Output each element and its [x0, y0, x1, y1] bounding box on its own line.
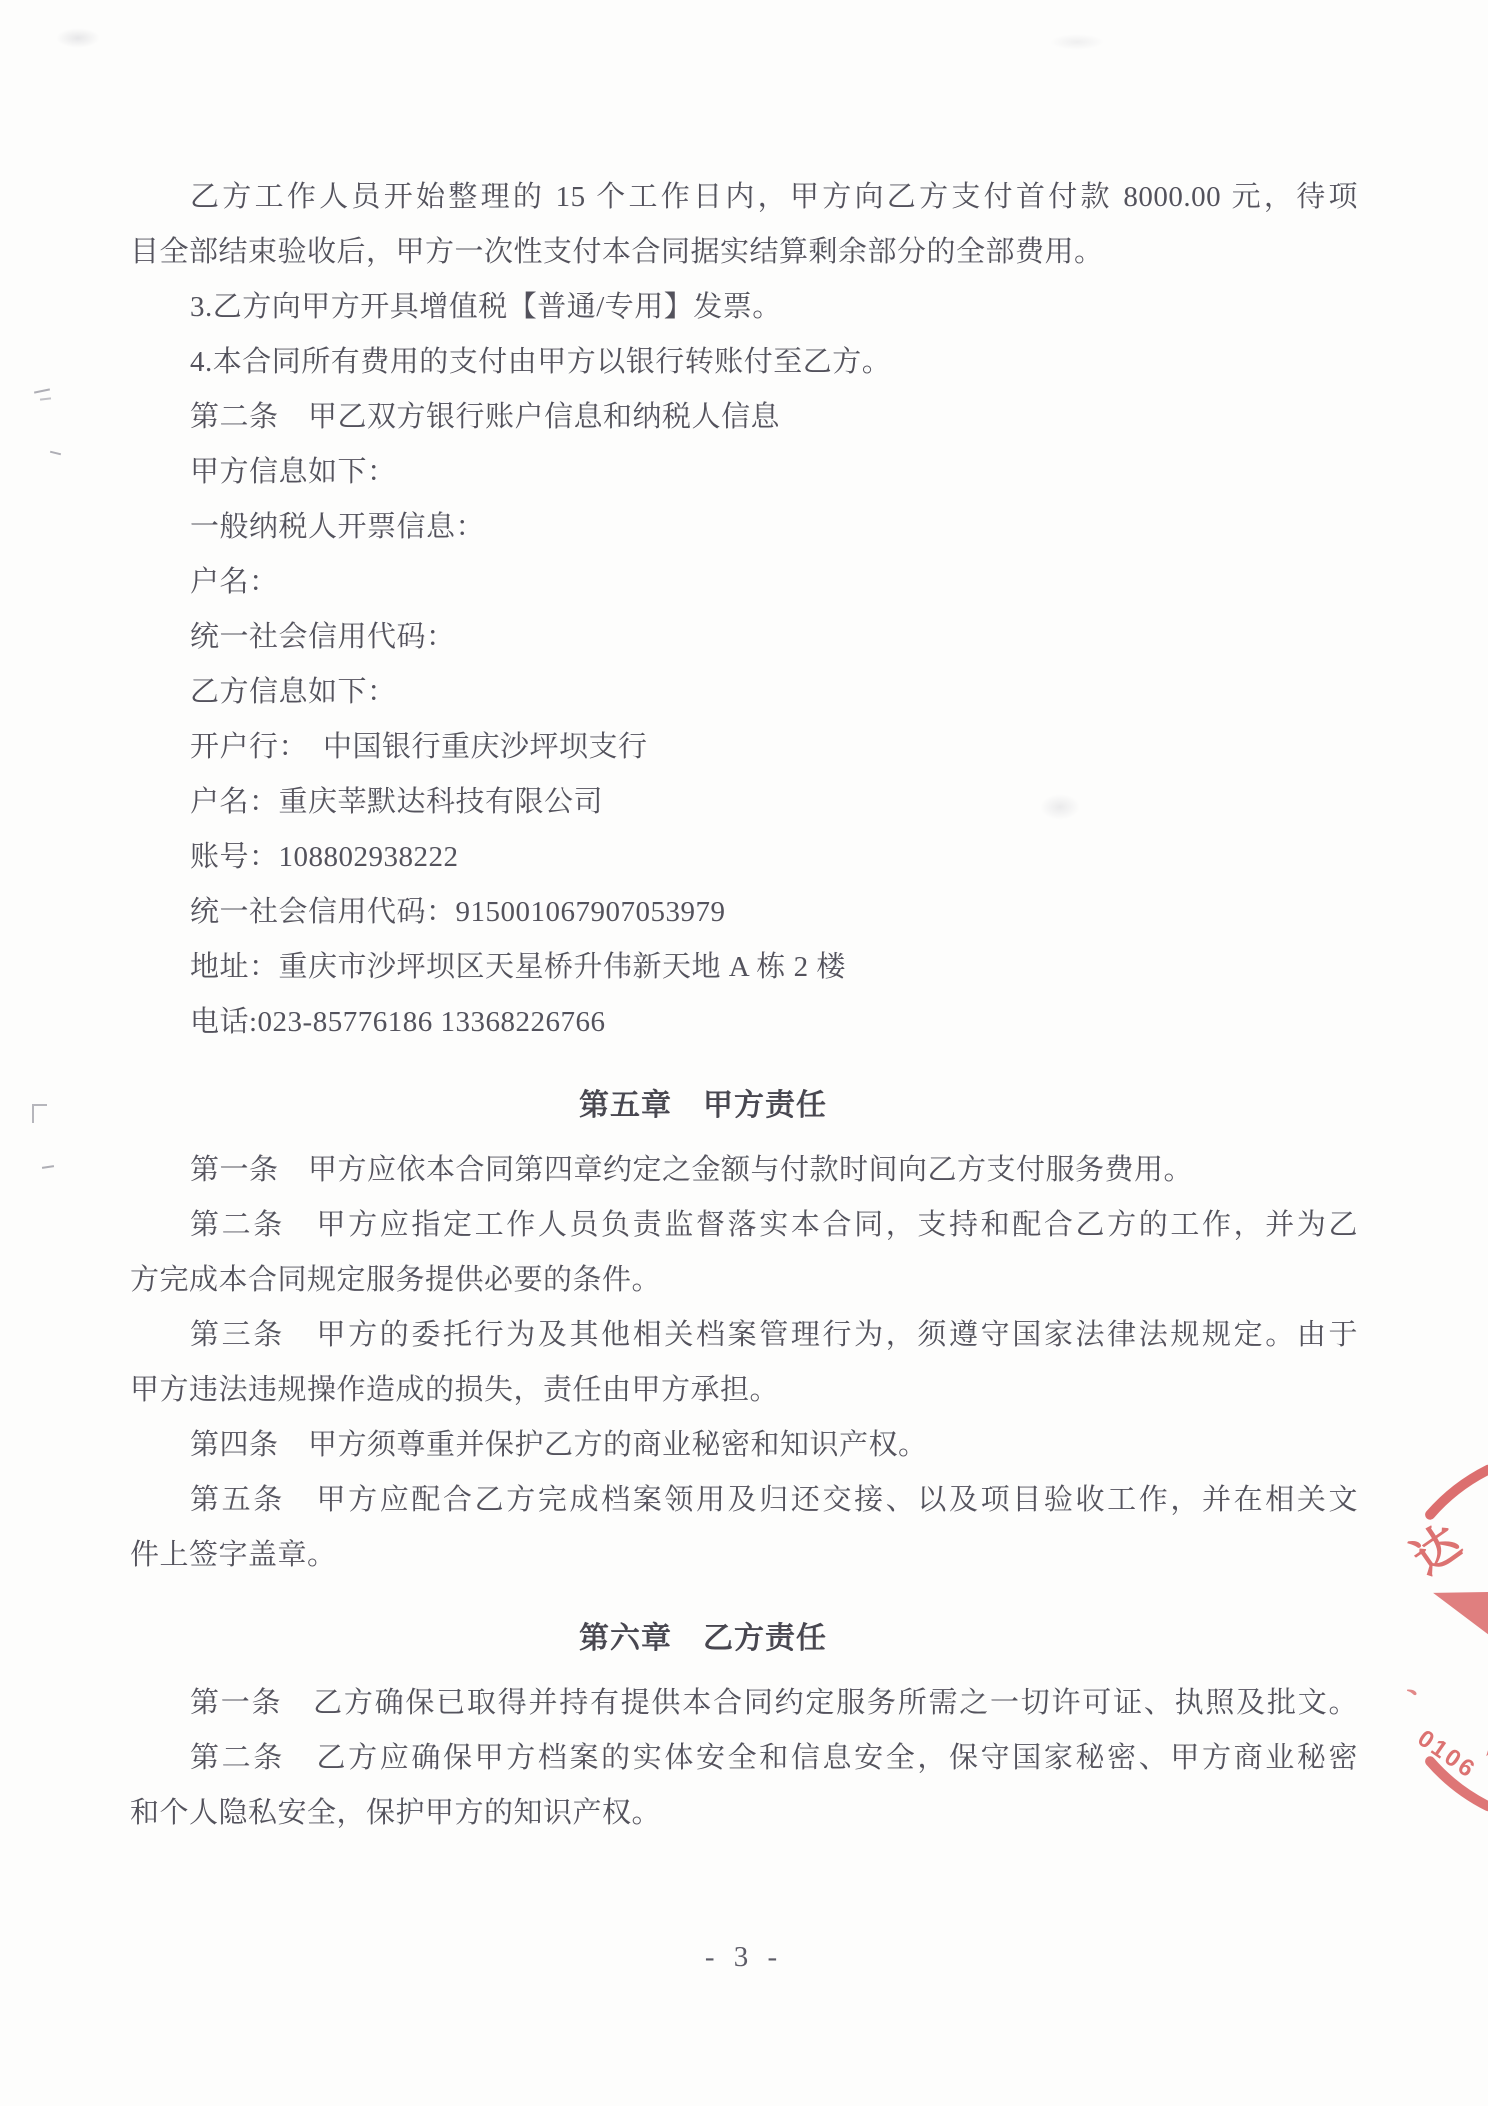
- section-heading: 第五章 甲方责任: [130, 1078, 1276, 1133]
- contract-line: 第四条 甲方须尊重并保护乙方的商业秘密和知识产权。: [130, 1418, 1358, 1473]
- scan-artifact: [32, 1104, 47, 1123]
- contract-line: 3.乙方向甲方开具增值税【普通/专用】发票。: [130, 280, 1358, 335]
- contract-line: 第一条 乙方确保已取得并持有提供本合同约定服务所需之一切许可证、执照及批文。: [130, 1676, 1358, 1731]
- contract-line: 账号：108802938222: [130, 830, 1358, 885]
- contract-line: 第二条 甲乙双方银行账户信息和纳税人信息: [130, 390, 1358, 445]
- seal-company-char: 达: [1402, 1515, 1470, 1584]
- contract-line: 乙方信息如下：: [130, 665, 1358, 720]
- seal-border-top-arc: [1430, 1470, 1488, 1515]
- scan-artifact: [56, 28, 100, 48]
- contract-line: 第二条 乙方应确保甲方档案的实体安全和信息安全，保守国家秘密、甲方商业秘密: [130, 1731, 1358, 1786]
- contract-line: 和个人隐私安全，保护甲方的知识产权。: [130, 1786, 1358, 1841]
- contract-page: 乙方工作人员开始整理的 15 个工作日内，甲方向乙方支付首付款 8000.00 …: [0, 0, 1488, 2106]
- contract-line: 电话:023-85776186 13368226766: [130, 995, 1358, 1050]
- section-heading: 第六章 乙方责任: [130, 1611, 1276, 1666]
- contract-line: 件上签字盖章。: [130, 1528, 1358, 1583]
- contract-line: 甲方违法违规操作造成的损失，责任由甲方承担。: [130, 1363, 1358, 1418]
- seal-text-mark: 、: [1399, 1662, 1436, 1701]
- contract-line: 地址：重庆市沙坪坝区天星桥升伟新天地 A 栋 2 楼: [130, 940, 1358, 995]
- contract-line: 统一社会信用代码：915001067907053979: [130, 885, 1358, 940]
- contract-line: 第三条 甲方的委托行为及其他相关档案管理行为，须遵守国家法律法规规定。由于: [130, 1308, 1358, 1363]
- contract-line: 户名：: [130, 555, 1358, 610]
- contract-line: 统一社会信用代码：: [130, 610, 1358, 665]
- company-seal-stamp: 达 、 0106: [1358, 1440, 1488, 1830]
- seal-serial-digits: 0106: [1413, 1725, 1482, 1785]
- contract-line: 开户行： 中国银行重庆沙坪坝支行: [130, 720, 1358, 775]
- contract-line: 第二条 甲方应指定工作人员负责监督落实本合同，支持和配合乙方的工作，并为乙: [130, 1198, 1358, 1253]
- contract-line: 户名：重庆莘默达科技有限公司: [130, 775, 1358, 830]
- contract-line: 第五条 甲方应配合乙方完成档案领用及归还交接、以及项目验收工作，并在相关文: [130, 1473, 1358, 1528]
- scan-artifact: [34, 388, 50, 393]
- contract-line: 乙方工作人员开始整理的 15 个工作日内，甲方向乙方支付首付款 8000.00 …: [130, 170, 1358, 225]
- seal-star-icon: [1433, 1492, 1488, 1756]
- scan-artifact: [40, 397, 51, 400]
- contract-line: 第一条 甲方应依本合同第四章约定之金额与付款时间向乙方支付服务费用。: [130, 1143, 1358, 1198]
- contract-line: 甲方信息如下：: [130, 445, 1358, 500]
- seal-border-bottom-arc: [1430, 1761, 1488, 1806]
- contract-line: 一般纳税人开票信息：: [130, 500, 1358, 555]
- scan-artifact: [50, 451, 61, 456]
- page-number: - 3 -: [0, 1930, 1488, 1985]
- scan-artifact: [1040, 794, 1080, 820]
- contract-line: 目全部结束验收后，甲方一次性支付本合同据实结算剩余部分的全部费用。: [130, 225, 1358, 280]
- contract-line: 方完成本合同规定服务提供必要的条件。: [130, 1253, 1358, 1308]
- scan-artifact: [42, 1165, 54, 1169]
- contract-body: 乙方工作人员开始整理的 15 个工作日内，甲方向乙方支付首付款 8000.00 …: [130, 170, 1358, 1841]
- contract-line: 4.本合同所有费用的支付由甲方以银行转账付至乙方。: [130, 335, 1358, 390]
- scan-artifact: [1050, 34, 1104, 50]
